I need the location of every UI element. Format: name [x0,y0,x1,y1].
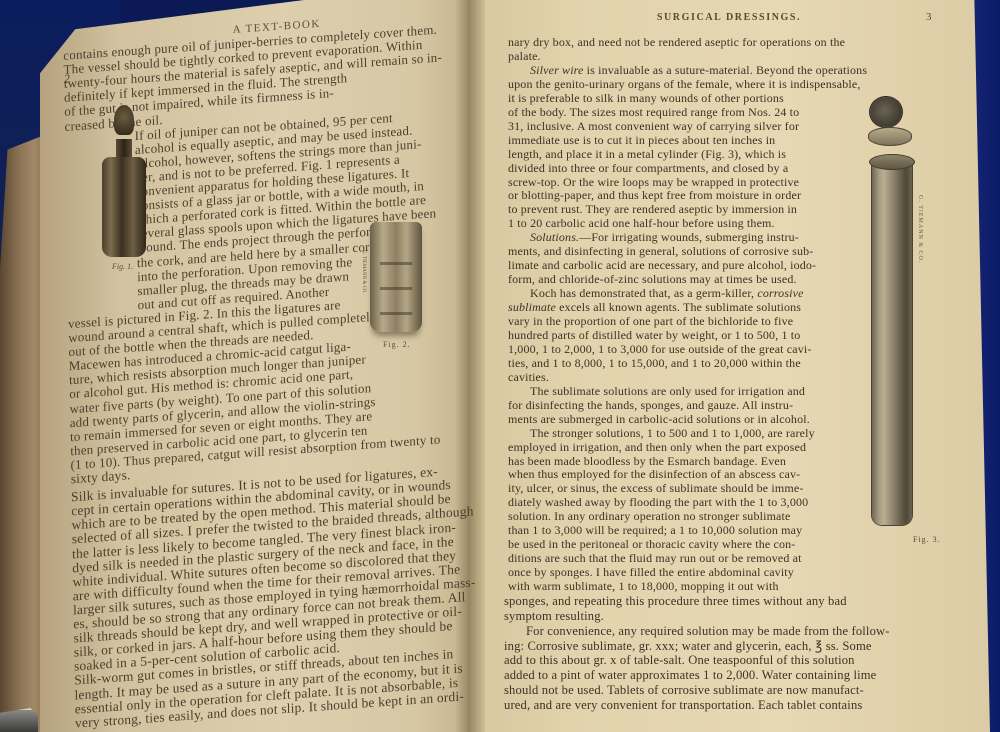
line-text: is invaluable as a suture-material. Beyo… [584,63,868,77]
line-text: diately washed away by flooding the part… [508,495,808,509]
line-text: —For irrigating wounds, submerging instr… [579,230,799,244]
right-text-line: sublimate excels all known agents. The s… [508,301,801,314]
figure-2-ligature-jar [370,222,422,332]
line-text: for disinfecting the hands, sponges, and… [508,398,793,412]
right-text-line: or blotting-paper, and thus kept free fr… [508,189,801,202]
right-text-line: of the body. The sizes most required ran… [508,106,799,119]
italic-term: Silver wire [530,63,584,77]
figure-2-caption: Fig. 2. [383,340,411,349]
right-text-line: ments, and disinfecting in general, solu… [508,245,813,258]
line-text: screw-top. Or the wire loops may be wrap… [508,175,799,189]
line-text: symptom resulting. [504,609,604,623]
italic-term: Solutions. [530,230,579,244]
bottle-body [102,157,146,257]
right-text-line: ties, and 1 to 8,000, 1 to 15,000, and 1… [508,357,801,370]
right-text-line: than 1 to 3,000 will be required; a 1 to… [508,524,802,537]
line-text: added to a pint of water approximates 1 … [504,668,876,682]
right-text-line: should not be used. Tablets of corrosive… [504,684,864,697]
right-text-line: solution. In any ordinary operation no s… [508,510,791,523]
right-text-line: length, and place it in a metal cylinder… [508,148,786,161]
line-text: with warm sublimate, 1 to 18,000, moppin… [508,579,779,593]
line-text: solution. In any ordinary operation no s… [508,509,791,523]
figure-3-caption: Fig. 3. [913,535,941,544]
right-text-line: when thus employed for the disinfection … [508,468,800,481]
line-text: form, and chloride-of-zinc solutions may… [508,272,797,286]
figure-3-metal-cylinder [872,157,912,525]
line-text: length, and place it in a metal cylinder… [508,147,786,161]
line-text: hundred parts of distilled water by weig… [508,328,800,342]
right-text-line: divided into three or four compartments,… [508,162,788,175]
right-text-line: ments are submerged in carbolic-acid sol… [508,413,810,426]
right-text-line: screw-top. Or the wire loops may be wrap… [508,176,799,189]
bottle-stopper [114,105,134,135]
right-text-line: ity, ulcer, or sinus, the excess of subl… [508,482,804,495]
right-text-line: The sublimate solutions are only used fo… [530,385,805,398]
right-text-line: employed in irrigation, and then only wh… [508,441,806,454]
line-text: than 1 to 3,000 will be required; a 1 to… [508,523,802,537]
right-text-line: ured, and are very convenient for transp… [504,699,862,712]
line-text: excels all known agents. The sublimate s… [556,300,801,314]
right-text-line: form, and chloride-of-zinc solutions may… [508,273,797,286]
right-text-line: ing: Corrosive sublimate, gr. xxx; water… [504,640,872,653]
right-page-number: 3 [926,11,932,23]
right-text-line: add to this about gr. x of table-salt. O… [504,654,855,667]
right-text-line: it is preferable to silk in many wounds … [508,92,784,105]
figure-3-screw-top [870,97,902,127]
right-text-line: ditions are such that the fluid may run … [508,552,802,565]
line-text: immediate use is to cut it in pieces abo… [508,133,775,147]
line-text: 31, inclusive. A most convenient way of … [508,119,799,133]
figure-3-compartment-cap [868,127,912,146]
figure-1-caption: Fig. 1. [112,262,133,271]
line-text: The stronger solutions, 1 to 500 and 1 t… [530,426,815,440]
line-text: be used in the peritoneal or thoracic ca… [508,537,795,551]
right-text-line: with warm sublimate, 1 to 18,000, moppin… [508,580,779,593]
line-text: has been made bloodless by the Esmarch b… [508,454,786,468]
line-text: For convenience, any required solution m… [526,624,890,638]
right-text-line: 1 to 20 carbolic acid one half-hour befo… [508,217,775,230]
right-text-line: For convenience, any required solution m… [526,625,890,638]
right-text-line: Solutions.—For irrigating wounds, submer… [530,231,799,244]
line-text: vary in the proportion of one part of th… [508,314,793,328]
figure-2-maker-mark: G. TIEMANN & CO. [361,250,366,294]
line-text: ditions are such that the fluid may run … [508,551,802,565]
line-text: ured, and are very convenient for transp… [504,698,862,712]
right-text-line: added to a pint of water approximates 1 … [504,669,876,682]
line-text: when thus employed for the disinfection … [508,467,800,481]
right-text-line: upon the genito-urinary organs of the fe… [508,78,860,91]
right-text-line: Koch has demonstrated that, as a germ-ki… [530,287,804,300]
line-text: divided into three or four compartments,… [508,161,788,175]
right-text-line: The stronger solutions, 1 to 500 and 1 t… [530,427,815,440]
line-text: 1,000, 1 to 2,000, 1 to 3,000 for use ou… [508,342,812,356]
figure-3-maker-mark: G. TIEMANN & CO. [917,195,923,263]
right-text-line: vary in the proportion of one part of th… [508,315,793,328]
italic-term: corrosive [757,286,803,300]
right-text-line: symptom resulting. [504,610,604,623]
line-text: ties, and 1 to 8,000, 1 to 15,000, and 1… [508,356,801,370]
right-text-line: limate and carbolic acid are necessary, … [508,259,816,272]
right-text-line: immediate use is to cut it in pieces abo… [508,134,775,147]
right-text-line: cavities. [508,371,549,384]
line-text: ments are submerged in carbolic-acid sol… [508,412,810,426]
right-text-line: hundred parts of distilled water by weig… [508,329,800,342]
right-text-line: to prevent rust. They are rendered asept… [508,203,797,216]
line-text: 1 to 20 carbolic acid one half-hour befo… [508,216,775,230]
right-text-line: has been made bloodless by the Esmarch b… [508,455,786,468]
line-text: Koch has demonstrated that, as a germ-ki… [530,286,757,300]
right-text-line: once by sponges. I have filled the entir… [508,566,794,579]
right-text-line: 1,000, 1 to 2,000, 1 to 3,000 for use ou… [508,343,812,356]
right-text-line: diately washed away by flooding the part… [508,496,808,509]
line-text: of the body. The sizes most required ran… [508,105,799,119]
right-text-line: be used in the peritoneal or thoracic ca… [508,538,795,551]
line-text: cavities. [508,370,549,384]
line-text: sponges, and repeating this procedure th… [504,594,847,608]
figure-1-ligature-bottle [100,105,150,255]
line-text: limate and carbolic acid are necessary, … [508,258,816,272]
line-text: upon the genito-urinary organs of the fe… [508,77,860,91]
right-text-line: 31, inclusive. A most convenient way of … [508,120,799,133]
line-text: employed in irrigation, and then only wh… [508,440,806,454]
line-text: palate. [508,49,541,63]
right-running-head: SURGICAL DRESSINGS. [508,12,950,23]
line-text: ments, and disinfecting in general, solu… [508,244,813,258]
right-text-line: for disinfecting the hands, sponges, and… [508,399,793,412]
line-text: ity, ulcer, or sinus, the excess of subl… [508,481,804,495]
line-text: to prevent rust. They are rendered asept… [508,202,797,216]
line-text: ing: Corrosive sublimate, gr. xxx; water… [504,639,872,653]
line-text: or blotting-paper, and thus kept free fr… [508,188,801,202]
right-text-line: nary dry box, and need not be rendered a… [508,36,845,49]
italic-term: sublimate [508,300,556,314]
right-text-line: sponges, and repeating this procedure th… [504,595,847,608]
line-text: should not be used. Tablets of corrosive… [504,683,864,697]
line-text: once by sponges. I have filled the entir… [508,565,794,579]
book-gutter [455,0,485,732]
line-text: The sublimate solutions are only used fo… [530,384,805,398]
line-text: add to this about gr. x of table-salt. O… [504,653,855,667]
right-text-line: Silver wire is invaluable as a suture-ma… [530,64,867,77]
line-text: it is preferable to silk in many wounds … [508,91,784,105]
right-text-line: palate. [508,50,541,63]
line-text: nary dry box, and need not be rendered a… [508,35,845,49]
